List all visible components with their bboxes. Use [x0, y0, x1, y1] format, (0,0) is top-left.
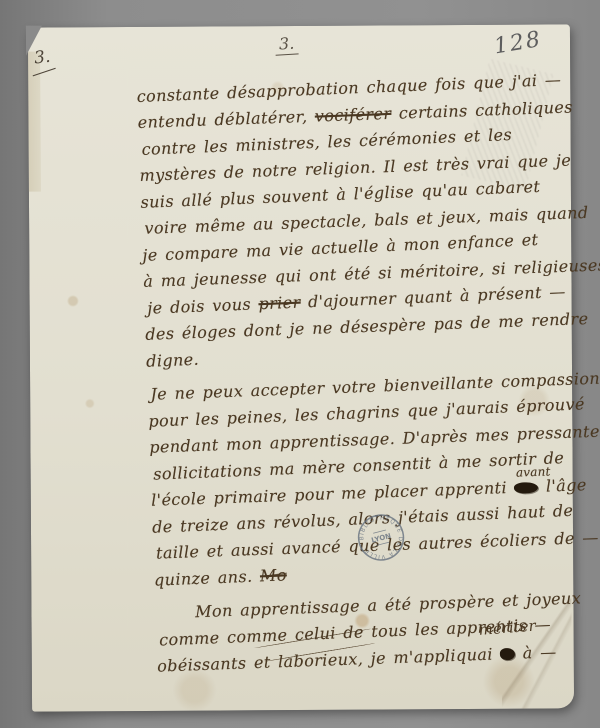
handwritten-text-block: constante désapprobation chaque fois que… [136, 67, 600, 680]
inserted-word: avant [515, 458, 551, 486]
scanned-manuscript-photo: { "header": { "corner_number": "3.", "pa… [0, 0, 600, 728]
struck-word: Mo [260, 565, 288, 585]
folio-number-pencil: 128 [492, 27, 543, 59]
struck-word: vociférer [314, 103, 391, 125]
stamp-center-text: LYON [371, 532, 392, 545]
corner-page-number: 3. [33, 47, 51, 69]
manuscript-paper: 3. 3. 128 constante désapprobation chaqu… [28, 24, 574, 711]
correction: avant [514, 473, 539, 500]
page-number: 3. [274, 33, 298, 55]
struck-word: prier [258, 293, 301, 314]
ink-blot [500, 647, 515, 660]
